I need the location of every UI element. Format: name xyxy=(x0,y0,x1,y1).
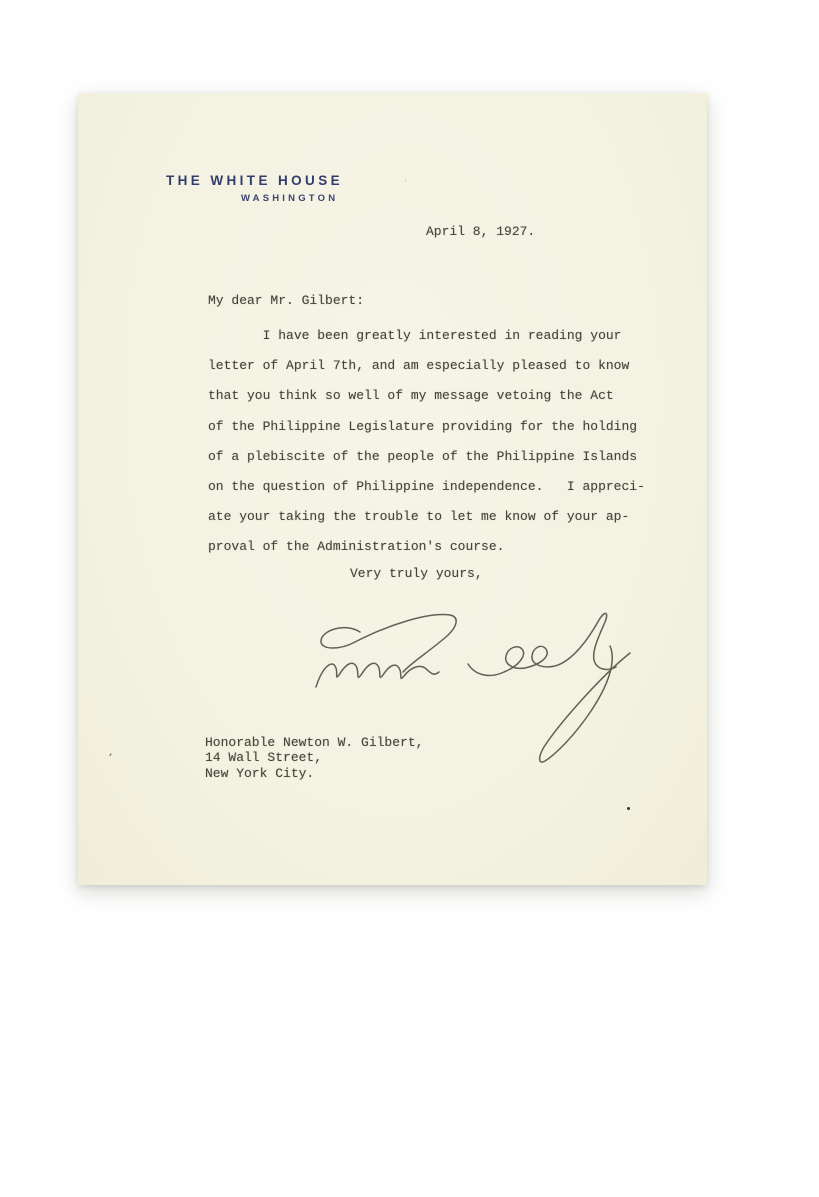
body-line: that you think so well of my message vet… xyxy=(208,381,645,411)
letterhead-subtitle: WASHINGTON xyxy=(241,193,338,204)
stray-mark: ’ xyxy=(404,179,407,190)
body-line: letter of April 7th, and am especially p… xyxy=(208,351,645,381)
letter-document: THE WHITE HOUSE WASHINGTON April 8, 1927… xyxy=(78,93,707,885)
recipient-address: Honorable Newton W. Gilbert, 14 Wall Str… xyxy=(205,735,423,781)
recipient-line: 14 Wall Street, xyxy=(205,750,423,765)
body-line: proval of the Administration's course. xyxy=(208,532,645,562)
body-line: I have been greatly interested in readin… xyxy=(208,321,645,351)
closing-line: Very truly yours, xyxy=(350,566,483,581)
salutation: My dear Mr. Gilbert: xyxy=(208,293,364,309)
body-line: ate your taking the trouble to let me kn… xyxy=(208,502,645,532)
stray-mark: ’ xyxy=(107,751,113,765)
scan-background: THE WHITE HOUSE WASHINGTON April 8, 1927… xyxy=(0,0,819,1197)
body-line: on the question of Philippine independen… xyxy=(208,472,645,502)
stray-ink-dot xyxy=(627,807,630,810)
recipient-line: New York City. xyxy=(205,766,423,781)
body-line: of the Philippine Legislature providing … xyxy=(208,412,645,442)
letterhead-title: THE WHITE HOUSE xyxy=(166,173,343,188)
letter-body: I have been greatly interested in readin… xyxy=(208,321,645,563)
body-line: of a plebiscite of the people of the Phi… xyxy=(208,442,645,472)
recipient-line: Honorable Newton W. Gilbert, xyxy=(205,735,423,750)
date-line: April 8, 1927. xyxy=(426,224,535,239)
